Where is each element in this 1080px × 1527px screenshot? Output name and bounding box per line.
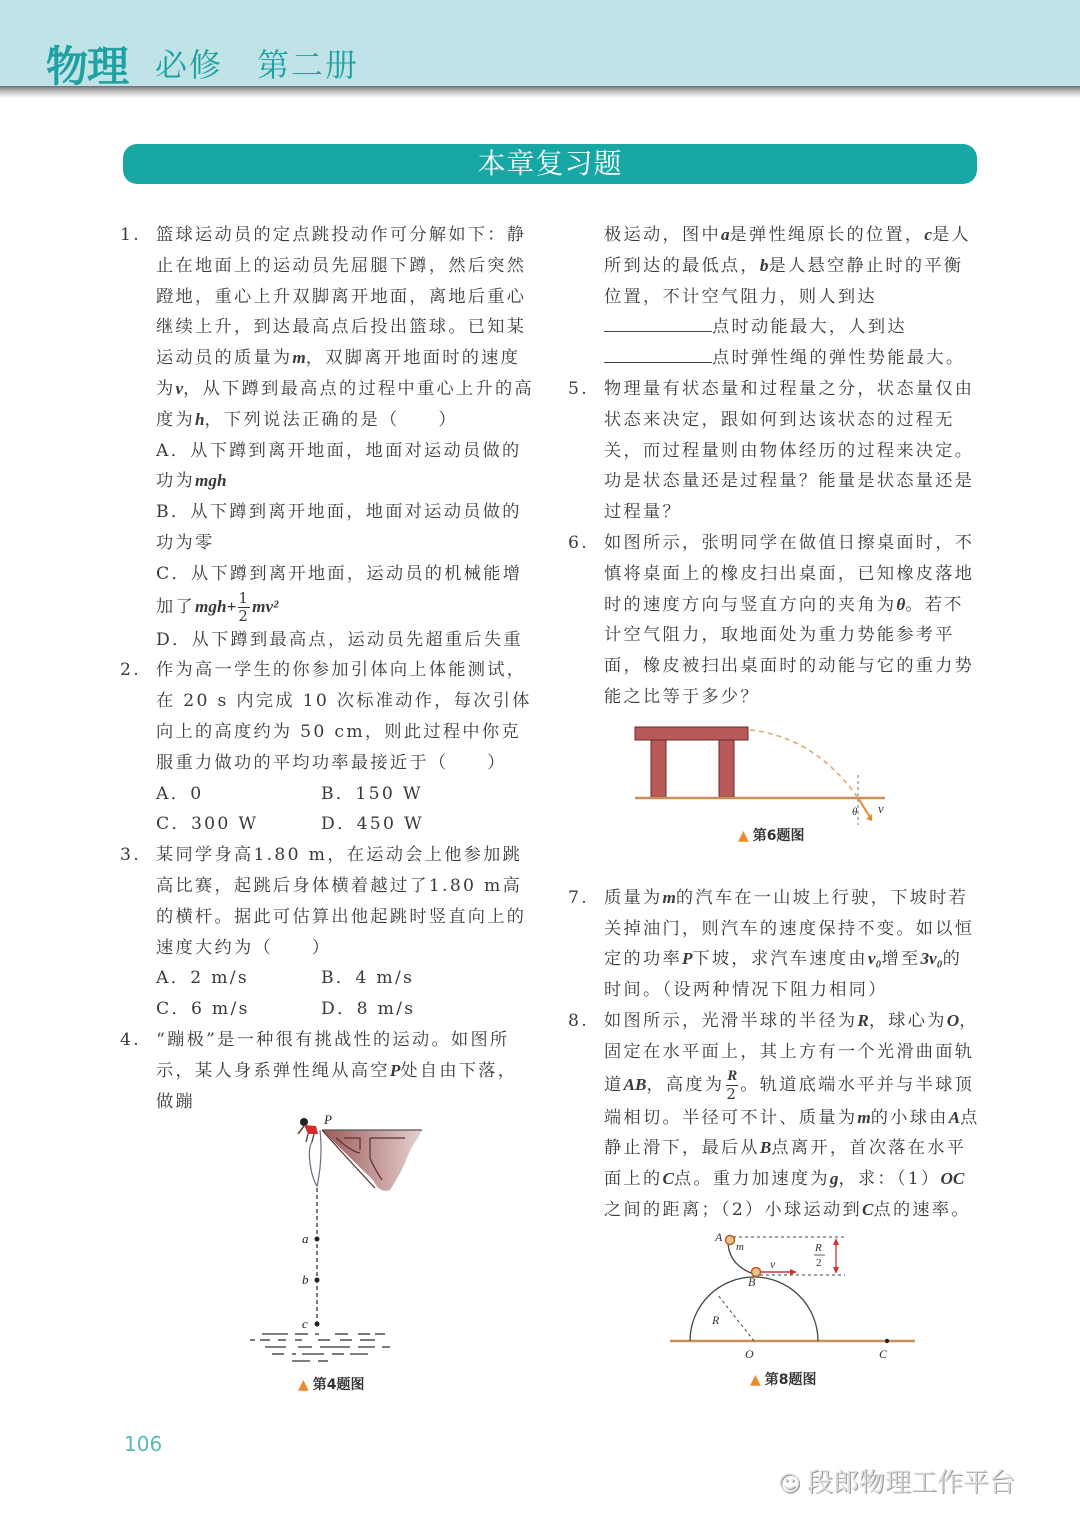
svg-text:c: c — [302, 1316, 308, 1331]
question-1: 1. 篮球运动员的定点跳投动作可分解如下：静止在地面上的运动员先屈腿下蹲，然后突… — [120, 220, 535, 436]
fraction: R2 — [726, 1068, 738, 1103]
question-8: 8. 如图所示，光滑半球的半径为R，球心为O，固定在水平面上，其上方有一个光滑曲… — [568, 1006, 980, 1226]
question-number: 2. — [120, 655, 141, 686]
options-row: A．2 m/sB．4 m/s — [120, 963, 535, 994]
math-var: OC — [941, 1169, 965, 1188]
question-text: 点时弹性绳的弹性势能最大。 — [712, 348, 965, 368]
svg-text:R: R — [711, 1313, 720, 1327]
question-text: 如图所示，光滑半球的半径为 — [604, 1011, 857, 1031]
math-var: AB — [624, 1075, 647, 1094]
question-text: 质量为 — [604, 888, 662, 908]
option-text: 从下蹲到最高点，运动员先超重后失重 — [192, 630, 523, 650]
option-label: B． — [156, 502, 190, 522]
question-text: 的小球由 — [871, 1108, 949, 1128]
question-text: ，高度为 — [646, 1075, 724, 1095]
question-text: ，下列说法正确的是（ ） — [205, 410, 458, 430]
math-expr: mgh+ — [195, 597, 236, 616]
question-6: 6. 如图所示，张明同学在做值日擦桌面时，不慎将桌面上的橡皮扫出桌面，已知橡皮落… — [568, 528, 980, 713]
question-text: 增至 — [881, 949, 920, 969]
svg-text:a: a — [302, 1231, 309, 1246]
option-label: A． — [156, 441, 190, 461]
math-var: m — [292, 348, 305, 367]
fraction-numerator: R — [727, 1068, 737, 1085]
svg-text:θ: θ — [852, 806, 858, 818]
math-var: O — [947, 1011, 959, 1030]
wechat-icon: ☺ — [778, 1472, 801, 1497]
figure-4-bungee: P a b c ▲第4题图 — [240, 1108, 440, 1398]
svg-text:A: A — [714, 1230, 723, 1244]
math-expr: mgh — [195, 471, 227, 490]
answer-blank-2[interactable] — [604, 344, 712, 363]
options-row: A．0B．150 W — [120, 779, 535, 810]
label-p: P — [323, 1112, 332, 1127]
triangle-icon: ▲ — [298, 1377, 309, 1393]
svg-text:O: O — [745, 1347, 754, 1361]
question-text: 之间的距离；（2）小球运动到 — [604, 1200, 862, 1220]
math-var: θ — [896, 595, 905, 614]
question-text: ，求：（1） — [838, 1169, 940, 1189]
math-var: m — [857, 1108, 870, 1127]
question-text: 下坡，求汽车速度由 — [692, 949, 867, 969]
question-text: 极运动，图中 — [604, 225, 721, 245]
question-text: 点。重力加速度为 — [674, 1169, 830, 1189]
option-label: C． — [156, 564, 191, 584]
math-var: B — [760, 1138, 771, 1157]
triangle-icon: ▲ — [750, 1372, 761, 1388]
math-var: v — [176, 379, 184, 398]
question-text: 物理量有状态量和过程量之分，状态量仅由状态来决定，跟如何到达该状态的过程无关，而… — [604, 379, 974, 522]
caption-text: 第8题图 — [765, 1372, 817, 1388]
option-c: C．从下蹲到离开地面，运动员的机械能增加了mgh+12mv² — [120, 559, 535, 625]
option-c: C．300 W — [156, 809, 321, 840]
question-4: 4. “蹦极”是一种很有挑战性的运动。如图所示，某人身系弹性绳从高空P处自由下落… — [120, 1025, 535, 1117]
question-text: 是弹性绳原长的位置， — [730, 225, 925, 245]
option-a: A．0 — [156, 779, 321, 810]
answer-blank-1[interactable] — [604, 313, 712, 332]
caption-text: 第6题图 — [753, 828, 805, 844]
figure-8-hemisphere: A m B v R 2 R O C ▲第8题图 — [665, 1228, 920, 1393]
question-5: 5. 物理量有状态量和过程量之分，状态量仅由状态来决定，跟如何到达该状态的过程无… — [568, 374, 980, 528]
option-text: 从下蹲到离开地面，地面对运动员做的功为零 — [156, 502, 522, 553]
math-var: h — [195, 410, 205, 429]
subject-title: 物理 — [46, 34, 128, 94]
question-text: 篮球运动员的定点跳投动作可分解如下：静止在地面上的运动员先屈腿下蹲，然后突然蹬地… — [156, 225, 526, 368]
question-number: 6. — [568, 528, 589, 559]
svg-text:R: R — [814, 1242, 822, 1254]
question-2: 2. 作为高一学生的你参加引体向上体能测试，在 20 s 内完成 10 次标准动… — [120, 655, 535, 778]
math-expr: mv² — [252, 597, 278, 616]
svg-text:b: b — [302, 1272, 309, 1287]
math-var: c — [924, 225, 932, 244]
option-a: A．从下蹲到离开地面，地面对运动员做的功为mgh — [120, 436, 535, 498]
option-d: D．8 m/s — [321, 994, 486, 1025]
svg-text:2: 2 — [816, 1257, 822, 1269]
math-var: R — [857, 1011, 868, 1030]
math-var: v₀ — [868, 949, 882, 968]
figure-6-table: θ v ▲第6题图 — [630, 715, 900, 850]
svg-text:C: C — [879, 1347, 888, 1361]
header-shadow — [0, 86, 1080, 98]
svg-text:v: v — [878, 801, 884, 816]
page-number: 106 — [124, 1432, 162, 1456]
option-b: B．4 m/s — [321, 963, 486, 994]
question-text: 作为高一学生的你参加引体向上体能测试，在 20 s 内完成 10 次标准动作，每… — [156, 660, 532, 772]
question-7: 7. 质量为m的汽车在一山坡上行驶，下坡时若关掉油门，则汽车的速度保持不变。如以… — [568, 883, 980, 1006]
question-text: 点的速率。 — [873, 1200, 970, 1220]
fraction-denominator: 2 — [238, 608, 250, 625]
math-var: m — [662, 888, 675, 907]
question-4-continued: 极运动，图中a是弹性绳原长的位置，c是人所到达的最低点，b是人悬空静止时的平衡位… — [568, 220, 980, 374]
math-var: A — [949, 1108, 960, 1127]
question-number: 8. — [568, 1006, 589, 1037]
table-diagram: θ v — [630, 715, 900, 825]
svg-text:v: v — [770, 1257, 776, 1271]
question-text: 点时动能最大，人到达 — [712, 317, 907, 337]
bungee-diagram: P a b c — [240, 1108, 440, 1368]
option-d: D．从下蹲到最高点，运动员先超重后失重 — [120, 625, 535, 656]
book-header: 物理 必修 第二册 — [0, 0, 1080, 88]
triangle-icon: ▲ — [738, 828, 749, 844]
volume-title: 必修 第二册 — [155, 40, 359, 86]
question-number: 7. — [568, 883, 589, 914]
watermark-text: 段郎物理工作平台 — [807, 1468, 1015, 1498]
chapter-review-banner: 本章复习题 — [123, 144, 977, 184]
math-var: C — [862, 1200, 873, 1219]
figure-caption: ▲第6题图 — [738, 825, 805, 845]
figure-caption: ▲第8题图 — [750, 1369, 817, 1389]
option-c: C．6 m/s — [156, 994, 321, 1025]
question-3: 3. 某同学身高1.80 m，在运动会上他参加跳高比赛，起跳后身体横着越过了1.… — [120, 840, 535, 963]
math-var: C — [662, 1169, 673, 1188]
math-var: P — [682, 949, 693, 968]
math-var: 3v₀ — [920, 949, 942, 968]
question-number: 4. — [120, 1025, 141, 1056]
svg-text:B: B — [748, 1275, 756, 1289]
figure-caption: ▲第4题图 — [298, 1374, 365, 1394]
question-number: 1. — [120, 220, 141, 251]
hemisphere-diagram: A m B v R 2 R O C — [665, 1228, 920, 1368]
fraction-numerator: 1 — [238, 590, 250, 607]
caption-text: 第4题图 — [313, 1377, 365, 1393]
option-b: B．从下蹲到离开地面，地面对运动员做的功为零 — [120, 497, 535, 559]
options-row: C．6 m/sD．8 m/s — [120, 994, 535, 1025]
option-label: D． — [156, 630, 192, 650]
math-var: P — [390, 1061, 401, 1080]
svg-text:m: m — [736, 1241, 744, 1253]
question-number: 5. — [568, 374, 589, 405]
fraction-denominator: 2 — [726, 1086, 738, 1103]
option-a: A．2 m/s — [156, 963, 321, 994]
question-number: 3. — [120, 840, 141, 871]
watermark: ☺段郎物理工作平台 — [778, 1462, 1015, 1499]
question-text: ，球心为 — [869, 1011, 947, 1031]
fraction: 12 — [238, 590, 250, 625]
left-column: 1. 篮球运动员的定点跳投动作可分解如下：静止在地面上的运动员先屈腿下蹲，然后突… — [120, 220, 535, 1117]
question-text: 某同学身高1.80 m，在运动会上他参加跳高比赛，起跳后身体横着越过了1.80 … — [156, 845, 526, 957]
option-d: D．450 W — [321, 809, 486, 840]
math-var: b — [760, 256, 769, 275]
option-b: B．150 W — [321, 779, 486, 810]
math-var: a — [721, 225, 730, 244]
options-row: C．300 WD．450 W — [120, 809, 535, 840]
